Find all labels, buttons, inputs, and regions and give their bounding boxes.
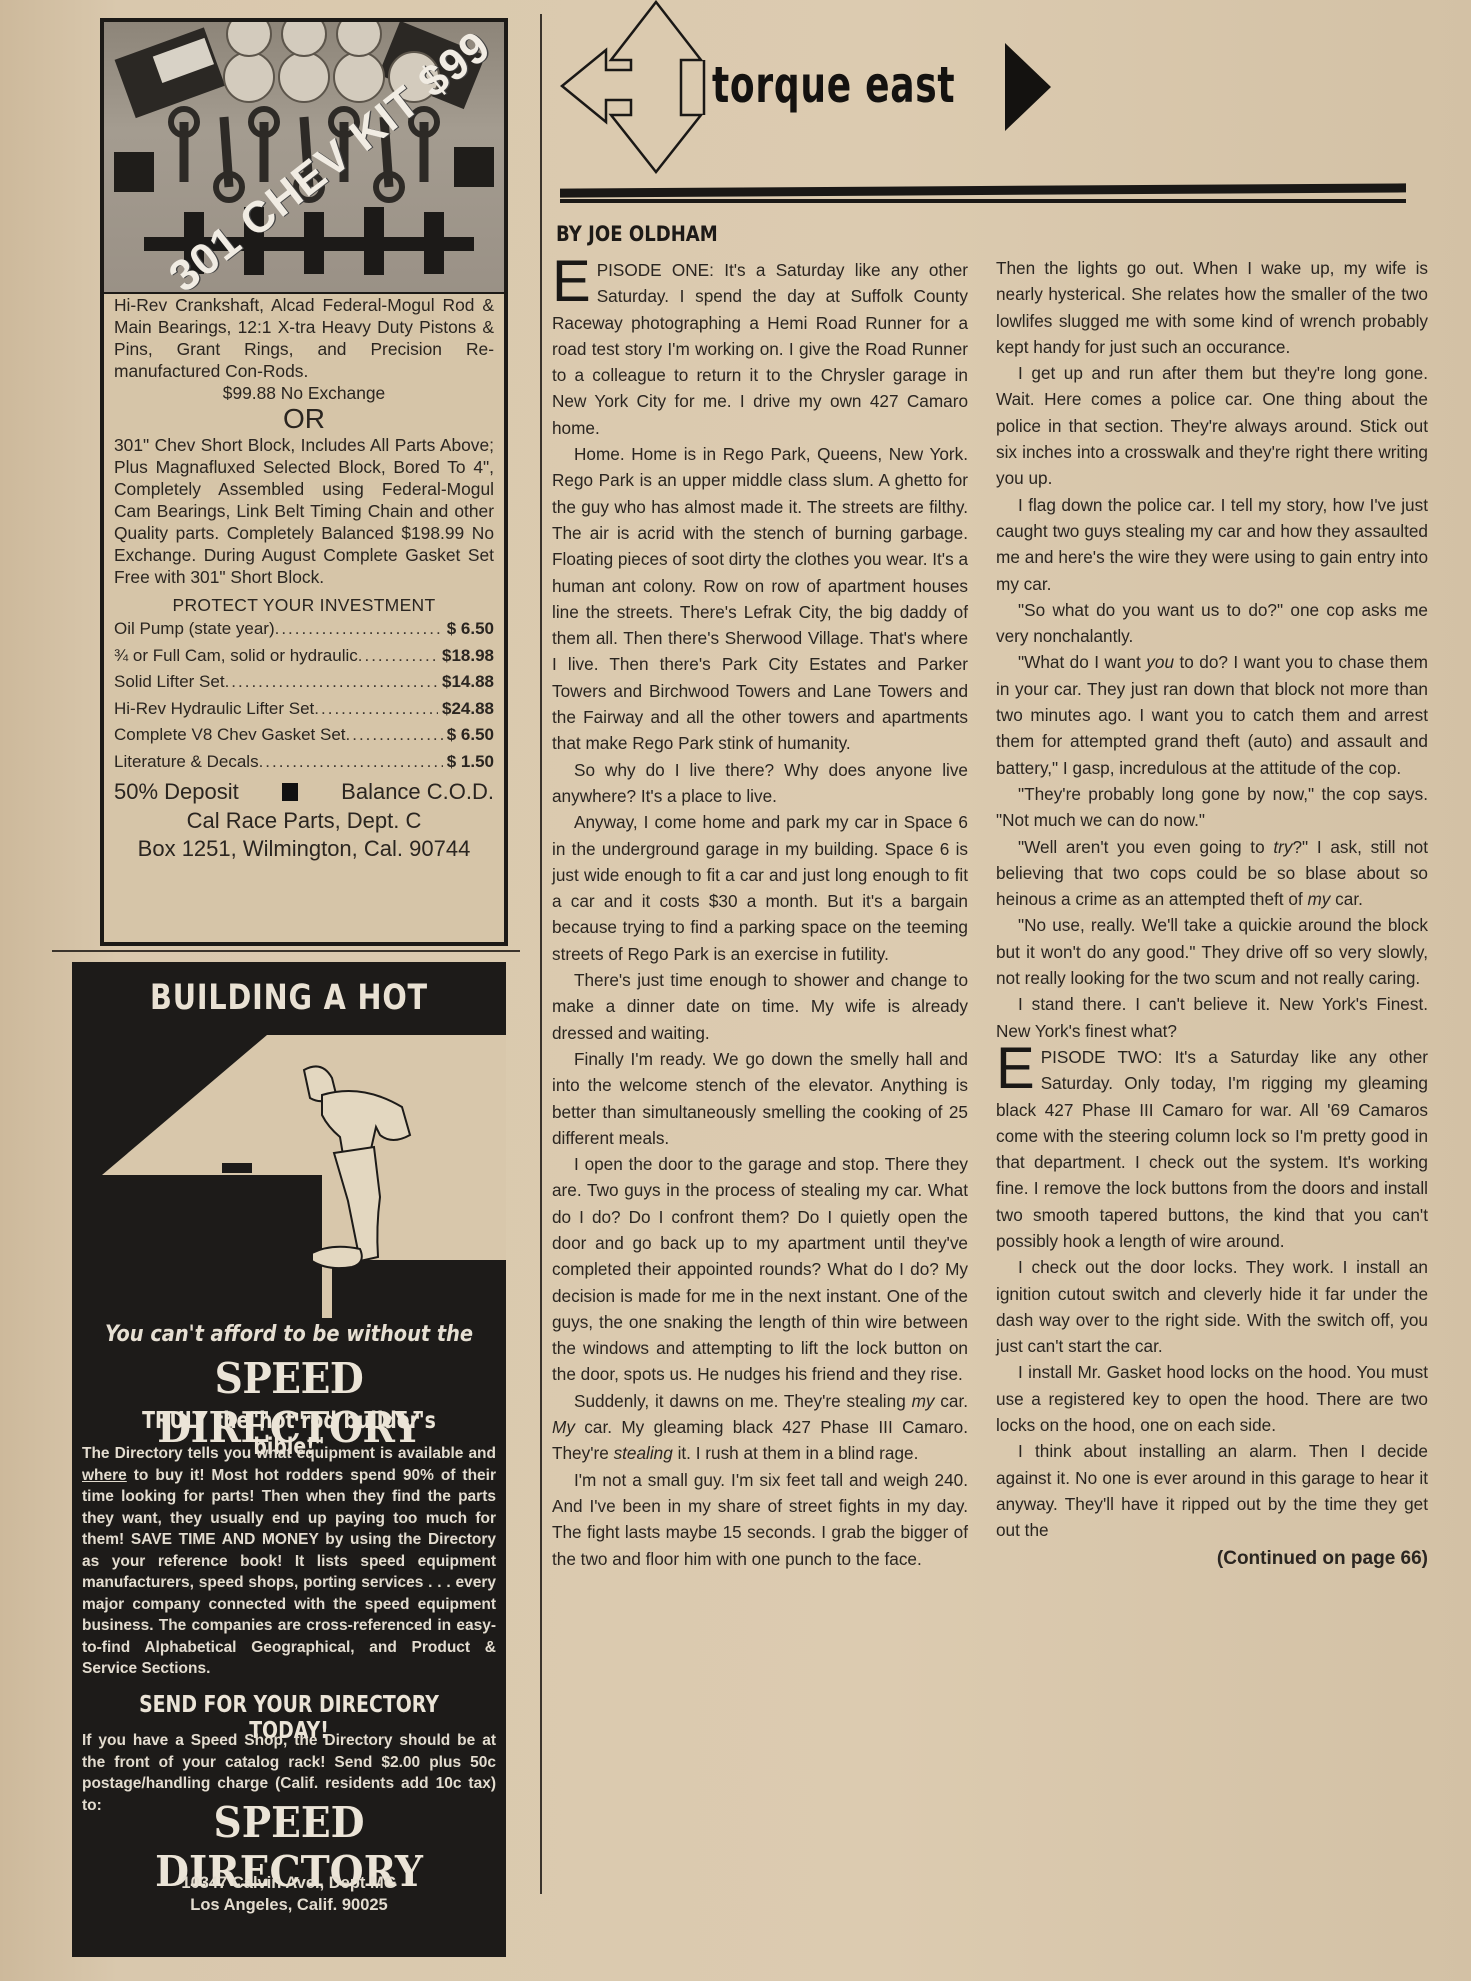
article-paragraph: I open the door to the garage and stop. … [552, 1151, 968, 1388]
article-paragraph: Then the lights go out. When I wake up, … [996, 255, 1428, 360]
header-rule-thick [560, 183, 1406, 197]
price-row: Solid Lifter Set$14.88 [114, 669, 494, 696]
engine-kit-photo: 301 CHEV KIT $99 [104, 22, 504, 294]
ad-body-copy: The Directory tells you what equipment i… [82, 1443, 496, 1680]
article-paragraph: EPISODE TWO: It's a Saturday like any ot… [996, 1044, 1428, 1254]
article-paragraph: I install Mr. Gasket hood locks on the h… [996, 1359, 1428, 1438]
column-title: torque east [712, 56, 955, 114]
article-paragraph: "Well aren't you even going to try?" I a… [996, 834, 1428, 913]
payment-terms: 50% Deposit Balance C.O.D. [114, 777, 494, 807]
ad-copy: Hi-Rev Crankshaft, Alcad Federal-Mogul R… [114, 294, 494, 863]
article-paragraph: I think about installing an alarm. Then … [996, 1438, 1428, 1543]
header-rule-thin [560, 199, 1406, 203]
kit-price: $99.88 No Exchange [114, 382, 494, 404]
article-paragraph: I stand there. I can't believe it. New Y… [996, 991, 1428, 1044]
or-divider: OR [114, 404, 494, 434]
company-name: Cal Race Parts, Dept. C [114, 807, 494, 835]
right-triangle-arrow-icon [1005, 43, 1051, 131]
ad-headline: BUILDING A HOT ROD? [111, 962, 467, 1035]
ad-separator-rule [52, 950, 520, 952]
protect-heading: PROTECT YOUR INVESTMENT [114, 594, 494, 616]
article-paragraph: So why do I live there? Why does anyone … [552, 757, 968, 810]
ad-address: 10347 Calvin Ave., Dept MG Los Angeles, … [72, 1872, 506, 1916]
article-paragraph: I check out the door locks. They work. I… [996, 1254, 1428, 1359]
article-column-left: EPISODE ONE: It's a Saturday like any ot… [552, 257, 968, 1572]
article-column-right: Then the lights go out. When I wake up, … [996, 255, 1428, 1572]
article-paragraph: "What do I want you to do? I want you to… [996, 649, 1428, 780]
article-paragraph: I'm not a small guy. I'm six feet tall a… [552, 1467, 968, 1572]
price-row: Oil Pump (state year)$ 6.50 [114, 616, 494, 643]
article-paragraph: I flag down the police car. I tell my st… [996, 492, 1428, 597]
article-paragraph: Anyway, I come home and park my car in S… [552, 809, 968, 967]
speed-directory-ad: BUILDING A HOT ROD? You can't afford to … [72, 962, 506, 1957]
short-block-description: 301" Chev Short Block, Includes All Part… [114, 434, 494, 588]
cal-race-parts-ad: 301 CHEV KIT $99 Hi-Rev Crankshaft, Alca… [100, 18, 508, 946]
drop-cap: E [552, 259, 591, 305]
boy-at-workbench-illustration [72, 1035, 506, 1318]
byline: BY JOE OLDHAM [556, 222, 718, 246]
column-separator-rule [540, 14, 542, 1894]
price-row: Complete V8 Chev Gasket Set$ 6.50 [114, 722, 494, 749]
price-row: Hi-Rev Hydraulic Lifter Set$24.88 [114, 696, 494, 723]
four-way-arrow-icon [556, 0, 716, 174]
article-paragraph: I get up and run after them but they're … [996, 360, 1428, 491]
square-bullet-icon [282, 783, 298, 801]
article-paragraph: "So what do you want us to do?" one cop … [996, 597, 1428, 650]
article-paragraph: Home. Home is in Rego Park, Queens, New … [552, 441, 968, 757]
price-row: Literature & Decals$ 1.50 [114, 749, 494, 776]
price-row: ¾ or Full Cam, solid or hydraulic$18.98 [114, 643, 494, 670]
ad-tagline: You can't afford to be without the [103, 1322, 474, 1347]
article-paragraph: EPISODE ONE: It's a Saturday like any ot… [552, 257, 968, 441]
article-paragraph: "No use, really. We'll take a quickie ar… [996, 912, 1428, 991]
article-paragraph: There's just time enough to shower and c… [552, 967, 968, 1046]
article-paragraph: Finally I'm ready. We go down the smelly… [552, 1046, 968, 1151]
drop-cap: E [996, 1046, 1035, 1092]
article-paragraph: Suddenly, it dawns on me. They're steali… [552, 1388, 968, 1467]
continued-on-page-link[interactable]: (Continued on page 66) [996, 1546, 1428, 1572]
kit-description: Hi-Rev Crankshaft, Alcad Federal-Mogul R… [114, 294, 494, 382]
company-address: Box 1251, Wilmington, Cal. 90744 [114, 835, 494, 863]
article-paragraph: "They're probably long gone by now," the… [996, 781, 1428, 834]
